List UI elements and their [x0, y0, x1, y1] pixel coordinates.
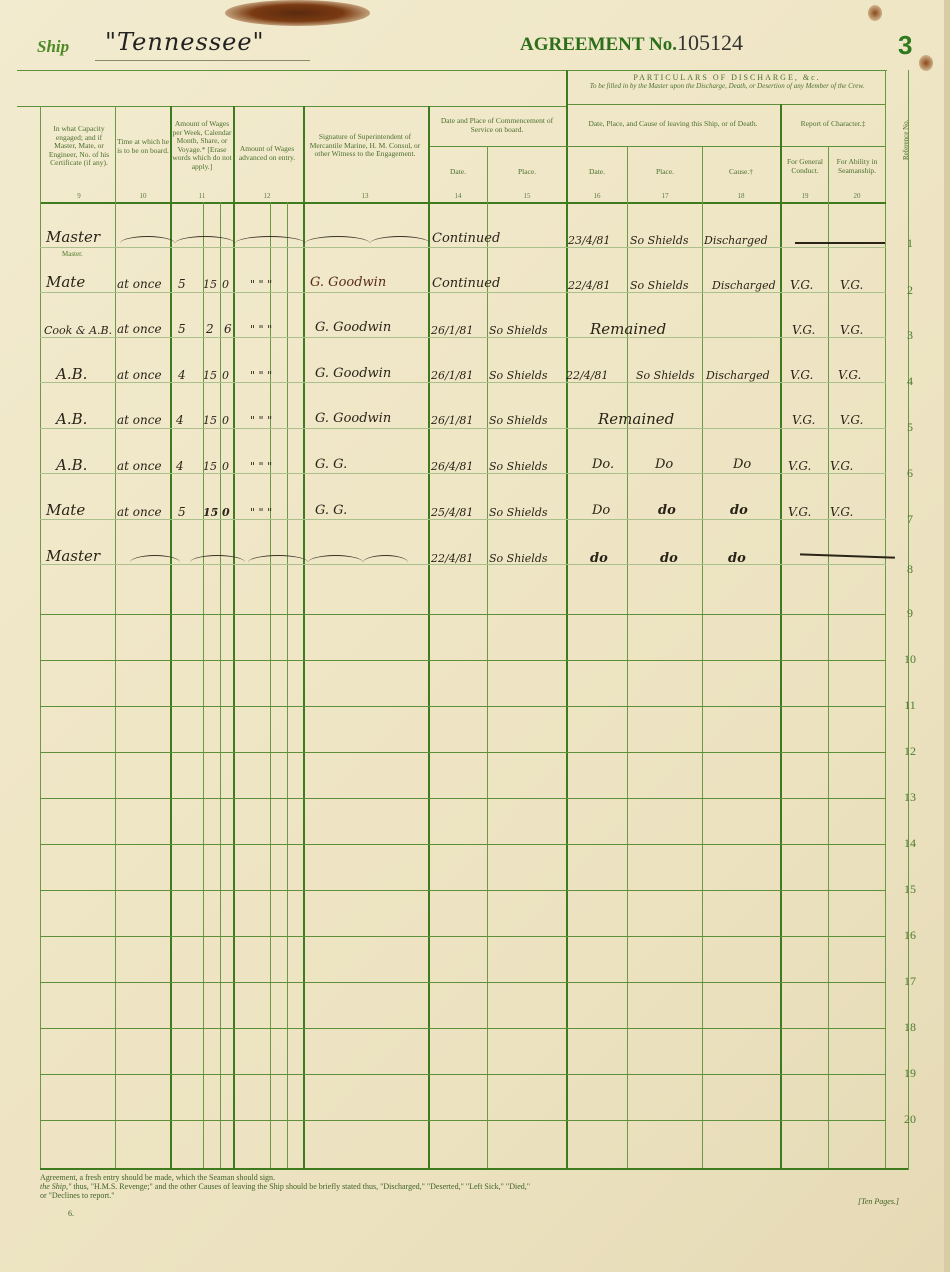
row4-comm-place: So Shields	[489, 369, 548, 382]
row-line	[40, 936, 886, 937]
row7-advance: " " "	[250, 506, 272, 519]
col-number: 17	[629, 192, 701, 200]
row-line	[40, 614, 886, 615]
row-ref-number: 9	[900, 606, 920, 621]
strike-line	[795, 242, 885, 244]
brace-mark	[120, 236, 175, 251]
brace-mark	[248, 555, 308, 570]
row8-comm-place: So Shields	[489, 552, 548, 565]
col-number: 15	[489, 192, 565, 200]
row7-witness: G. G.	[315, 503, 347, 518]
footer-line-1: Agreement, a fresh entry should be made,…	[40, 1173, 860, 1182]
grid-line	[233, 106, 235, 1168]
row-ref-number: 6	[900, 466, 920, 481]
row5-wages-pounds: 4	[176, 413, 184, 427]
row4-wages-pounds: 4	[178, 368, 186, 382]
row4-comm-date: 26/1/81	[431, 369, 473, 382]
row6-comm-date: 26/4/81	[431, 460, 473, 473]
row8-leave-place: do	[660, 551, 678, 566]
row5-capacity: A.B.	[56, 410, 87, 428]
row2-cause: Discharged	[712, 279, 776, 292]
row6-cause: Do	[733, 457, 751, 472]
row3-comm-date: 26/1/81	[431, 324, 473, 337]
row-line	[40, 473, 886, 474]
row4-leave-date: 22/4/81	[566, 369, 608, 382]
rust-spot	[868, 5, 882, 21]
row3-comm-place: So Shields	[489, 324, 548, 337]
agreement-label: AGREEMENT No.	[520, 34, 677, 55]
row7-capacity: Mate	[46, 501, 85, 519]
row-ref-number: 10	[900, 652, 920, 667]
row-line	[40, 292, 886, 293]
strike-line	[800, 553, 895, 558]
row-line	[40, 660, 886, 661]
row7-leave-place: do	[658, 503, 676, 518]
page-number: 3	[898, 30, 912, 61]
row8-comm-date: 22/4/81	[431, 552, 473, 565]
row6-time: at once	[117, 459, 162, 473]
row3-leave-date: Remained	[590, 320, 666, 338]
row-line	[40, 844, 886, 845]
row3-advance: " " "	[250, 323, 272, 336]
col-number: 16	[568, 192, 626, 200]
col-header-comm-place: Place.	[489, 168, 565, 177]
row3-wages-pounds: 5	[178, 322, 186, 336]
group-header-leaving: Date, Place, and Cause of leaving this S…	[568, 120, 778, 129]
header-bottom-rule	[40, 202, 886, 204]
row4-ability: V.G.	[838, 368, 861, 382]
col-header-advance: Amount of Wages advanced on entry.	[234, 145, 300, 162]
row6-wages-shillings: 15	[203, 460, 217, 473]
row-ref-number: 15	[900, 882, 920, 897]
row6-ability: V.G.	[830, 459, 853, 473]
col-header-time: Time at which he is to be on board.	[117, 138, 169, 155]
row-ref-number: 11	[900, 698, 920, 713]
row-ref-number: 4	[900, 374, 920, 389]
row-ref-number: 1	[900, 236, 920, 251]
row5-leave-date: Remained	[598, 410, 674, 428]
row4-cause: Discharged	[706, 369, 770, 382]
row4-leave-place: So Shields	[636, 369, 695, 382]
row-ref-number: 7	[900, 512, 920, 527]
row7-leave-date: Do	[592, 503, 610, 518]
rule	[428, 146, 885, 147]
row7-ability: V.G.	[830, 505, 853, 519]
brace-mark	[235, 236, 305, 251]
grid-line	[203, 202, 204, 1168]
col-header-comm-date: Date.	[430, 168, 486, 177]
row7-time: at once	[117, 505, 162, 519]
row8-capacity: Master	[46, 547, 100, 565]
brace-mark	[175, 236, 235, 251]
ship-name: "Tennessee"	[95, 28, 310, 61]
col-number: 11	[171, 192, 233, 200]
row1-cause: Discharged	[704, 234, 768, 247]
row-line	[40, 1028, 886, 1029]
col-number: 9	[44, 192, 114, 200]
table-bottom-rule	[40, 1168, 908, 1170]
col-header-leave-place: Place.	[629, 168, 701, 177]
col-header-witness: Signature of Superintendent of Mercantil…	[304, 133, 426, 159]
col-header-conduct: For General Conduct.	[782, 158, 828, 175]
grid-line	[303, 106, 305, 1168]
col-header-wages: Amount of Wages per Week, Calendar Month…	[171, 120, 233, 171]
discharge-subtitle: To be filled in by the Master upon the D…	[568, 82, 886, 90]
row3-wages-shillings: 2	[206, 322, 214, 336]
col-number: 18	[704, 192, 778, 200]
row1-leave-place: So Shields	[630, 234, 689, 247]
col-number: 13	[304, 192, 426, 200]
row4-advance: " " "	[250, 369, 272, 382]
grid-line	[702, 146, 703, 1168]
row2-wages-pence: 0	[222, 278, 229, 291]
row6-wages-pounds: 4	[176, 459, 184, 473]
rule	[568, 104, 886, 105]
row1-leave-date: 23/4/81	[568, 234, 610, 247]
row1-capacity: Master	[46, 228, 100, 246]
col-number: 12	[234, 192, 300, 200]
footer-line-2-text: thus, "H.M.S. Revenge;" and the other Ca…	[71, 1182, 530, 1191]
footer-line-3: or "Declines to report."	[40, 1191, 860, 1200]
brace-mark	[190, 555, 245, 570]
row7-comm-date: 25/4/81	[431, 506, 473, 519]
group-header-commencement: Date and Place of Commencement of Servic…	[430, 117, 564, 134]
row4-conduct: V.G.	[790, 368, 813, 382]
row6-conduct: V.G.	[788, 459, 811, 473]
row-ref-number: 3	[900, 328, 920, 343]
grid-line	[40, 106, 41, 1168]
row7-wages-shillings: 15	[203, 506, 218, 519]
row5-ability: V.G.	[840, 413, 863, 427]
brace-mark	[370, 236, 430, 251]
row5-wages-pence: 0	[222, 414, 229, 427]
ship-label: Ship	[37, 37, 69, 57]
grid-line	[780, 104, 782, 1168]
row7-wages-pounds: 5	[178, 505, 186, 519]
col-number: 19	[782, 192, 828, 200]
agreement-value: 105124	[677, 30, 743, 55]
agreement-number: AGREEMENT No.105124	[520, 30, 743, 56]
row2-ability: V.G.	[840, 278, 863, 292]
footer-notes: Agreement, a fresh entry should be made,…	[40, 1173, 860, 1200]
row2-leave-date: 22/4/81	[568, 279, 610, 292]
row-ref-number: 16	[900, 928, 920, 943]
row5-time: at once	[117, 413, 162, 427]
group-header-character: Report of Character.‡	[782, 120, 884, 129]
row-ref-number: 12	[900, 744, 920, 759]
printed-master-label: Master.	[62, 250, 83, 258]
grid-line	[487, 146, 488, 1168]
row2-wages-shillings: 15	[203, 278, 217, 291]
ink-stain	[225, 0, 370, 26]
grid-line	[220, 202, 221, 1168]
grid-line	[115, 106, 116, 1168]
row-line	[40, 752, 886, 753]
pages-note: [Ten Pages.]	[858, 1197, 899, 1206]
row5-advance: " " "	[250, 414, 272, 427]
row3-ability: V.G.	[840, 323, 863, 337]
row-ref-number: 14	[900, 836, 920, 851]
row5-comm-place: So Shields	[489, 414, 548, 427]
row2-time: at once	[117, 277, 162, 291]
col-header-leave-date: Date.	[568, 168, 626, 177]
row-line	[40, 798, 886, 799]
col-header-cause: Cause.†	[704, 168, 778, 177]
row6-leave-date: Do.	[592, 457, 614, 472]
row4-witness: G. Goodwin	[315, 366, 391, 381]
row-ref-number: 13	[900, 790, 920, 805]
grid-line	[828, 146, 829, 1168]
row5-comm-date: 26/1/81	[431, 414, 473, 427]
col-number: 14	[430, 192, 486, 200]
brace-mark	[363, 555, 408, 570]
row7-wages-pence: 0	[222, 506, 230, 519]
row2-witness: G. Goodwin	[310, 275, 386, 290]
row-line	[40, 1074, 886, 1075]
grid-line	[428, 106, 430, 1168]
footer-mark: 6.	[68, 1209, 74, 1218]
row2-capacity: Mate	[46, 273, 85, 291]
col-number: 20	[830, 192, 884, 200]
rule	[17, 70, 887, 71]
row7-cause: do	[730, 503, 748, 518]
brace-mark	[308, 555, 363, 570]
row-line	[40, 1120, 886, 1121]
grid-line	[287, 202, 288, 1168]
row5-wages-shillings: 15	[203, 414, 217, 427]
brace-mark	[130, 555, 180, 570]
row2-leave-place: So Shields	[630, 279, 689, 292]
row1-comm-date: Continued	[432, 231, 500, 246]
row6-comm-place: So Shields	[489, 460, 548, 473]
row-ref-number: 8	[900, 562, 920, 577]
brace-mark	[305, 236, 370, 251]
row-line	[40, 890, 886, 891]
row4-wages-shillings: 15	[203, 369, 217, 382]
row7-comm-place: So Shields	[489, 506, 548, 519]
row2-advance: " " "	[250, 278, 272, 291]
row6-witness: G. G.	[315, 457, 347, 472]
row3-wages-pence: 6	[224, 322, 232, 336]
col-header-ability: For Ability in Seamanship.	[830, 158, 884, 175]
row2-wages-pounds: 5	[178, 277, 186, 291]
reference-no-label: Reference No.	[902, 120, 910, 160]
grid-line	[627, 146, 628, 1168]
row4-wages-pence: 0	[222, 369, 229, 382]
row-line	[40, 982, 886, 983]
row7-conduct: V.G.	[788, 505, 811, 519]
row8-cause: do	[728, 551, 746, 566]
rust-spot	[919, 55, 933, 71]
row-line	[40, 428, 886, 429]
row-line	[40, 382, 886, 383]
row8-leave-date: do	[590, 551, 608, 566]
grid-line	[270, 202, 271, 1168]
discharge-title: PARTICULARS OF DISCHARGE, &c.	[568, 73, 886, 82]
footer-line-2: the Ship," thus, "H.M.S. Revenge;" and t…	[40, 1182, 860, 1191]
col-header-capacity: In what Capacity engaged; and if Master,…	[44, 125, 114, 168]
row5-witness: G. Goodwin	[315, 411, 391, 426]
row-ref-number: 19	[900, 1066, 920, 1081]
row6-wages-pence: 0	[222, 460, 229, 473]
row4-time: at once	[117, 368, 162, 382]
row-line	[40, 337, 886, 338]
row6-capacity: A.B.	[56, 456, 87, 474]
row6-advance: " " "	[250, 460, 272, 473]
row-ref-number: 20	[900, 1112, 920, 1127]
row3-conduct: V.G.	[792, 323, 815, 337]
row-ref-number: 18	[900, 1020, 920, 1035]
rule	[17, 106, 567, 107]
row3-witness: G. Goodwin	[315, 320, 391, 335]
row-line	[40, 519, 886, 520]
row-line	[40, 706, 886, 707]
page-edge	[944, 0, 950, 1272]
row2-conduct: V.G.	[790, 278, 813, 292]
row4-capacity: A.B.	[56, 365, 87, 383]
row5-conduct: V.G.	[792, 413, 815, 427]
column-divider	[885, 70, 886, 1170]
row3-time: at once	[117, 322, 162, 336]
row3-capacity: Cook & A.B.	[44, 324, 112, 337]
grid-line	[170, 106, 172, 1168]
row-ref-number: 2	[900, 283, 920, 298]
row-ref-number: 5	[900, 420, 920, 435]
row-ref-number: 17	[900, 974, 920, 989]
row6-leave-place: Do	[655, 457, 673, 472]
col-number: 10	[117, 192, 169, 200]
row2-comm-date: Continued	[432, 276, 500, 291]
footer-line-2-italic: the Ship,"	[40, 1182, 71, 1191]
